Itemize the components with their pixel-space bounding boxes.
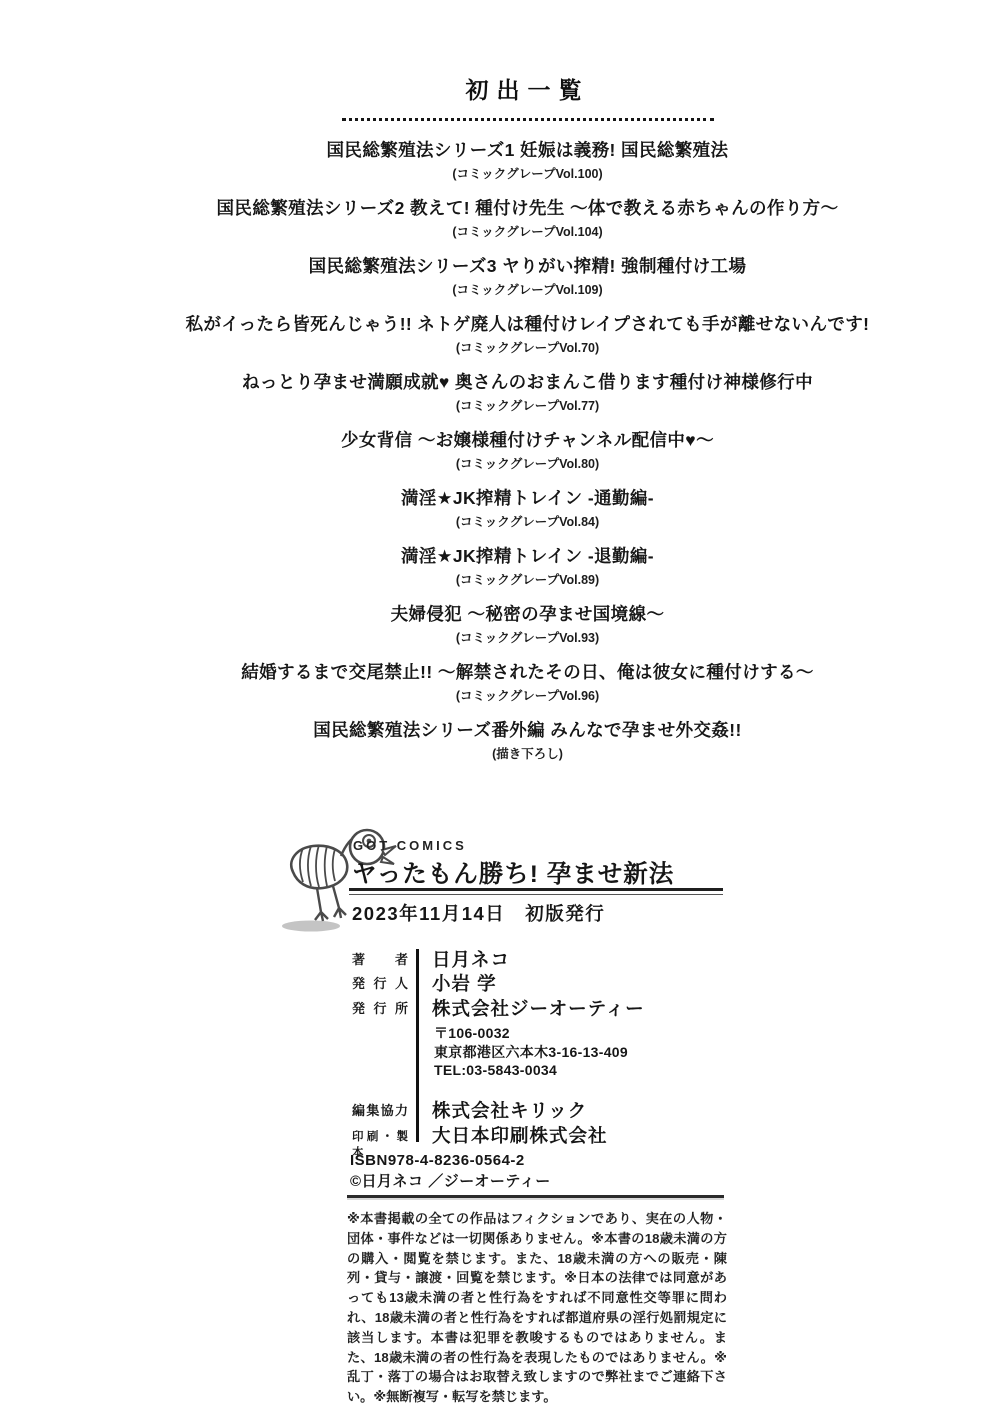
credit-label: 発行所 [352, 998, 408, 1017]
credits-vertical-rule [416, 949, 419, 1142]
legal-disclaimer: ※本書掲載の全ての作品はフィクションであり、実在の人物・団体・事件などは一切関係… [347, 1209, 727, 1407]
credit-value: 株式会社キリック [408, 1097, 587, 1123]
colophon-page: 初出一覧 国民総繁殖法シリーズ1 妊娠は義務! 国民総繁殖法 (コミックグレープ… [0, 0, 1000, 1419]
section-title: 初出一覧 [55, 72, 1000, 105]
list-item: 満淫★JK搾精トレイン -退勤編- (コミックグレープVol.89) [55, 546, 1000, 588]
disclaimer-rule-divider [347, 1195, 724, 1198]
work-source: (コミックグレープVol.93) [55, 631, 1000, 646]
credit-label: 著者 [352, 949, 408, 968]
credit-row-publisher-company: 発行所 株式会社ジーオーティー [352, 995, 724, 1021]
work-title: 国民総繁殖法シリーズ番外編 みんなで孕ませ外交姦!! [55, 720, 1000, 741]
work-title: 国民総繁殖法シリーズ1 妊娠は義務! 国民総繁殖法 [55, 140, 1000, 161]
credit-value: 株式会社ジーオーティー [408, 995, 645, 1021]
list-item: 私がイったら皆死んじゃう!! ネトゲ廃人は種付けレイプされても手が離せないんです… [55, 314, 1000, 356]
phone-number: TEL:03-5843-0034 [434, 1061, 724, 1080]
isbn: ISBN978-4-8236-0564-2 [350, 1150, 551, 1171]
work-title: 満淫★JK搾精トレイン -退勤編- [55, 546, 1000, 567]
dotted-divider [342, 118, 714, 121]
work-title: 結婚するまで交尾禁止!! ～解禁されたその日、俺は彼女に種付けする～ [55, 662, 1000, 683]
credit-value: 大日本印刷株式会社 [408, 1122, 608, 1148]
list-item: 国民総繁殖法シリーズ1 妊娠は義務! 国民総繁殖法 (コミックグレープVol.1… [55, 140, 1000, 182]
work-source: (コミックグレープVol.89) [55, 573, 1000, 588]
work-source: (コミックグレープVol.109) [55, 283, 1000, 298]
publisher-address: 〒106-0032 東京都港区六本木3-16-13-409 TEL:03-584… [434, 1024, 724, 1080]
work-source: (描き下ろし) [55, 747, 1000, 762]
list-item: 満淫★JK搾精トレイン -通勤編- (コミックグレープVol.84) [55, 488, 1000, 530]
isbn-block: ISBN978-4-8236-0564-2 ©日月ネコ ／ジーオーティー [350, 1150, 551, 1192]
work-title: 国民総繁殖法シリーズ3 ヤりがい搾精! 強制種付け工場 [55, 256, 1000, 277]
postal-code: 〒106-0032 [434, 1024, 724, 1043]
credit-row-author: 著者 日月ネコ [352, 946, 724, 970]
colophon-block: GOT COMICS ヤったもん勝ち! 孕ませ新法 2023年11月14日 初版… [0, 818, 1000, 1419]
work-source: (コミックグレープVol.84) [55, 515, 1000, 530]
work-source: (コミックグレープVol.104) [55, 225, 1000, 240]
work-source: (コミックグレープVol.100) [55, 167, 1000, 182]
imprint-brand: GOT COMICS [353, 838, 467, 853]
work-source: (コミックグレープVol.70) [55, 341, 1000, 356]
credit-label: 編集協力 [352, 1100, 408, 1119]
list-item: 国民総繁殖法シリーズ2 教えて! 種付け先生 ～体で教える赤ちゃんの作り方～ (… [55, 198, 1000, 240]
credit-value: 日月ネコ [408, 946, 510, 972]
work-title: 満淫★JK搾精トレイン -通勤編- [55, 488, 1000, 509]
list-item: 少女背信 ～お嬢様種付けチャンネル配信中♥～ (コミックグレープVol.80) [55, 430, 1000, 472]
list-item: 結婚するまで交尾禁止!! ～解禁されたその日、俺は彼女に種付けする～ (コミック… [55, 662, 1000, 704]
work-title: 少女背信 ～お嬢様種付けチャンネル配信中♥～ [55, 430, 1000, 451]
credit-label: 発行人 [352, 973, 408, 992]
copyright: ©日月ネコ ／ジーオーティー [350, 1171, 551, 1192]
work-title: ねっとり孕ませ満願成就♥ 奥さんのおまんこ借ります種付け神様修行中 [55, 372, 1000, 393]
list-item: 国民総繁殖法シリーズ番外編 みんなで孕ませ外交姦!! (描き下ろし) [55, 720, 1000, 762]
credit-row-publisher-person: 発行人 小岩 学 [352, 970, 724, 995]
list-item: 夫婦侵犯 ～秘密の孕ませ国境線～ (コミックグレープVol.93) [55, 604, 1000, 646]
list-item: 国民総繁殖法シリーズ3 ヤりがい搾精! 強制種付け工場 (コミックグレープVol… [55, 256, 1000, 298]
credit-value: 小岩 学 [408, 970, 497, 996]
work-title: 私がイったら皆死んじゃう!! ネトゲ廃人は種付けレイプされても手が離せないんです… [55, 314, 1000, 335]
book-title: ヤったもん勝ち! 孕ませ新法 [352, 855, 674, 890]
list-item: ねっとり孕ませ満願成就♥ 奥さんのおまんこ借ります種付け神様修行中 (コミックグ… [55, 372, 1000, 414]
work-source: (コミックグレープVol.80) [55, 457, 1000, 472]
work-source: (コミックグレープVol.96) [55, 689, 1000, 704]
credits-table: 著者 日月ネコ 発行人 小岩 学 発行所 株式会社ジーオーティー 〒106-00… [352, 946, 724, 1147]
work-title: 夫婦侵犯 ～秘密の孕ませ国境線～ [55, 604, 1000, 625]
work-source: (コミックグレープVol.77) [55, 399, 1000, 414]
publication-date: 2023年11月14日 初版発行 [352, 900, 605, 926]
credit-row-printing: 印刷・製本 大日本印刷株式会社 [352, 1122, 724, 1147]
street-address: 東京都港区六本木3-16-13-409 [434, 1043, 724, 1062]
work-title: 国民総繁殖法シリーズ2 教えて! 種付け先生 ～体で教える赤ちゃんの作り方～ [55, 198, 1000, 219]
title-rule-divider [349, 888, 723, 895]
first-publication-list: 初出一覧 国民総繁殖法シリーズ1 妊娠は義務! 国民総繁殖法 (コミックグレープ… [0, 72, 1000, 778]
credit-row-editing: 編集協力 株式会社キリック [352, 1097, 724, 1122]
